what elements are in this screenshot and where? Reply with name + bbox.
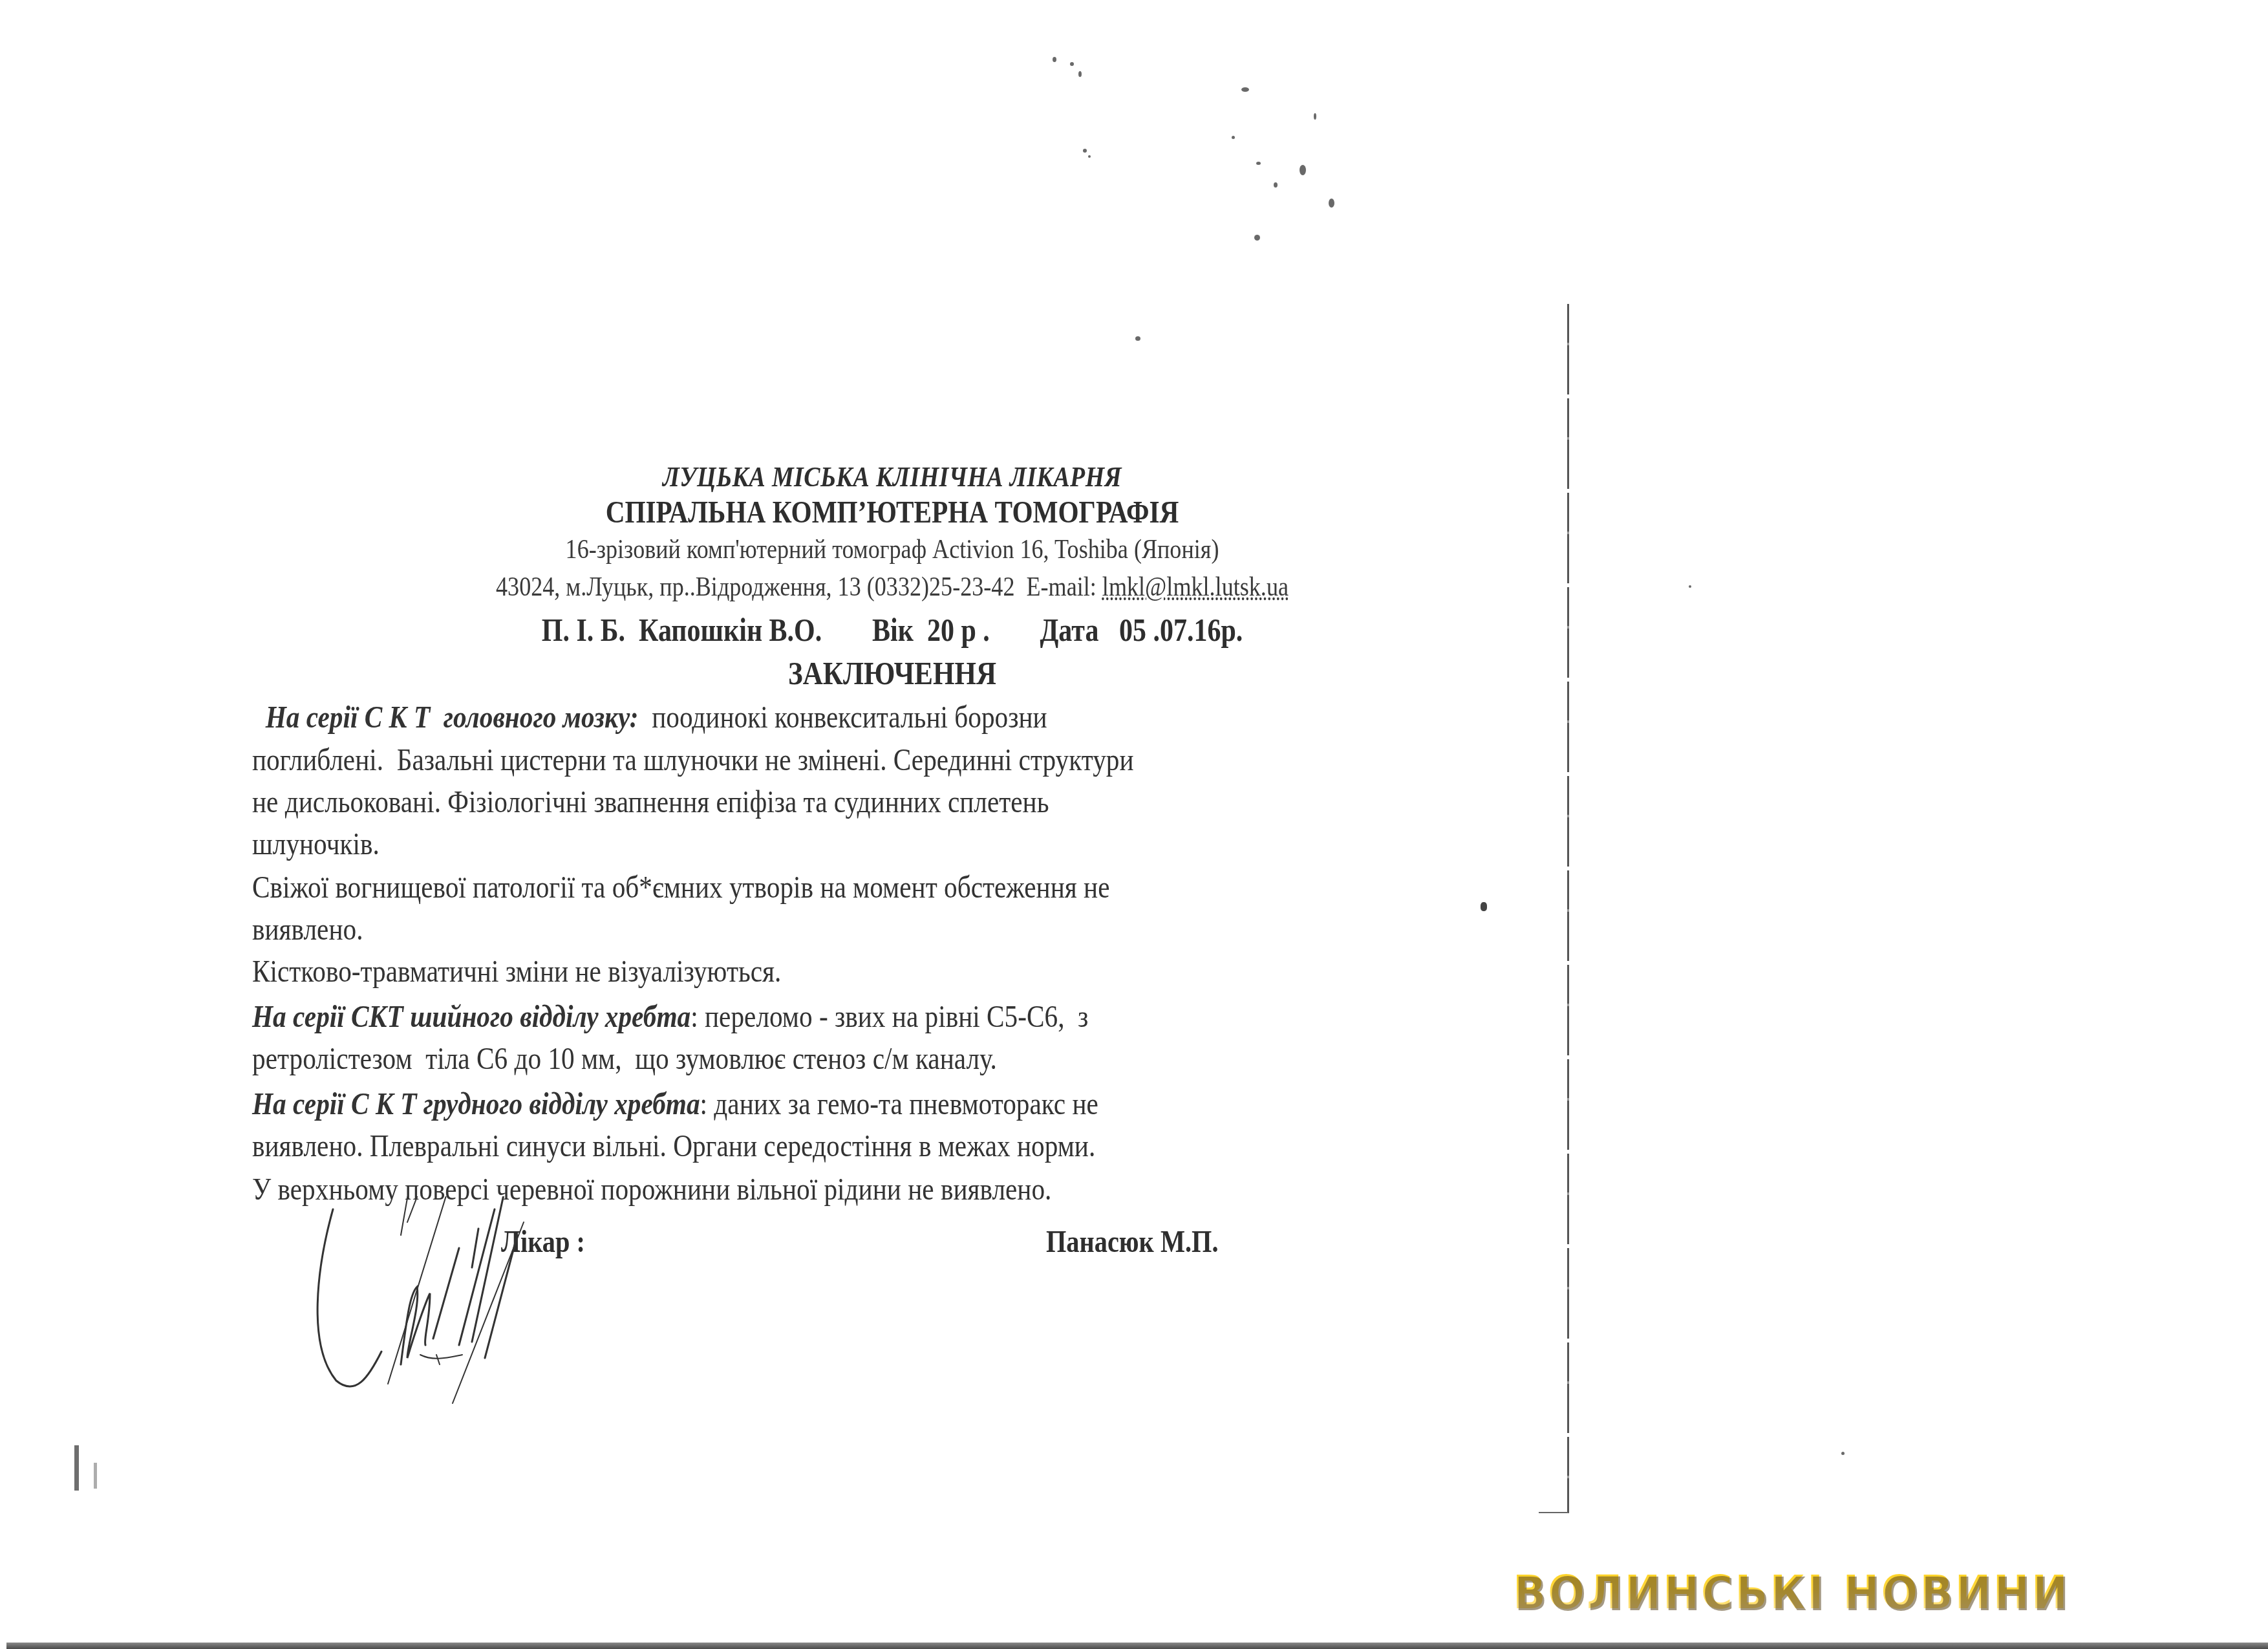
handwritten-signature — [310, 1196, 1022, 1416]
scan-speck — [1070, 62, 1074, 66]
scan-speck — [1078, 71, 1082, 77]
conclusion-line: На серії С К Т грудного відділу хребта: … — [252, 1086, 1098, 1122]
patient-name: П. І. Б. Капошкін В.О. — [542, 612, 822, 648]
conclusion-line: ретролістезом тіла С6 до 10 мм, що зумов… — [252, 1041, 997, 1077]
email-link[interactable]: lmkl@lmkl.lutsk.ua — [1102, 572, 1289, 602]
exam-date: Дата 05 .07.16р. — [1040, 612, 1243, 648]
line-text: не дисльоковані. Фізіологічні звапнення … — [252, 785, 1049, 819]
line-text: ретролістезом тіла С6 до 10 мм, що зумов… — [252, 1042, 997, 1076]
conclusion-line: виявлено. Плевральні синуси вільні. Орга… — [252, 1128, 1095, 1164]
doctor-name: Панасюк М.П. — [1046, 1224, 1219, 1260]
section-heading: На серії СКТ шийного відділу хребта — [252, 1000, 690, 1034]
scan-artifact — [74, 1445, 79, 1491]
scan-speck — [1241, 87, 1249, 92]
line-text: виявлено. — [252, 912, 363, 947]
line-text: поглиблені. Базальні цистерни та шлуночк… — [252, 743, 1134, 777]
conclusion-line: На серії С К Т головного мозку: поодинок… — [252, 700, 1047, 735]
scan-speck — [1083, 149, 1087, 153]
page-edge-line — [1567, 304, 1569, 1513]
page-edge-corner — [1539, 1512, 1568, 1513]
scan-speck — [1256, 162, 1261, 165]
scan-speck — [1053, 57, 1056, 62]
scan-speck — [1088, 155, 1091, 158]
conclusion-line: поглиблені. Базальні цистерни та шлуночк… — [252, 742, 1134, 778]
conclusion-line: Свіжої вогнищевої патології та об*ємних … — [252, 870, 1110, 905]
address: 43024, м.Луцьк, пр..Відродження, 13 (033… — [496, 572, 1014, 602]
scan-bottom-edge — [6, 1643, 2268, 1649]
scan-artifact — [94, 1463, 97, 1489]
scan-speck — [1254, 235, 1260, 241]
conclusion-line: виявлено. — [252, 912, 363, 947]
scan-speck — [1232, 136, 1235, 139]
section-heading: На серії С К Т головного мозку: — [252, 700, 639, 735]
conclusion-line: На серії СКТ шийного відділу хребта: пер… — [252, 999, 1088, 1035]
department-name: СПІРАЛЬНА КОМП’ЮТЕРНА ТОМОГРАФІЯ — [125, 495, 1660, 530]
scan-speck — [1314, 113, 1316, 120]
email-label: E-mail: — [1027, 572, 1097, 602]
patient-info: П. І. Б. Капошкін В.О. Вік 20 р . Дата 0… — [143, 611, 1642, 649]
patient-age: Вік 20 р . — [872, 612, 990, 648]
line-text: шлуночків. — [252, 827, 380, 861]
scan-speck — [1135, 336, 1140, 341]
scan-speck — [1329, 199, 1334, 208]
scan-speck — [1300, 165, 1306, 175]
hospital-name: ЛУЦЬКА МІСЬКА КЛІНІЧНА ЛІКАРНЯ — [125, 460, 1660, 493]
news-watermark-logo: ВОЛИНСЬКІ НОВИНИ — [1513, 1565, 2070, 1619]
conclusion-title: ЗАКЛЮЧЕННЯ — [125, 654, 1660, 692]
line-text: виявлено. Плевральні синуси вільні. Орга… — [252, 1129, 1095, 1163]
line-text: поодинокі конвекситальні борозни — [639, 700, 1047, 735]
line-text: : переломо - звих на рівні С5-С6, з — [690, 1000, 1088, 1034]
line-text: Свіжої вогнищевої патології та об*ємних … — [252, 870, 1110, 905]
line-text: : даних за гемо-та пневмоторакс не — [700, 1087, 1098, 1121]
equipment-line: 16-зрізовий комп'ютерний томограф Activi… — [143, 533, 1642, 565]
scan-artifact — [1481, 902, 1487, 911]
conclusion-line: Кістково-травматичні зміни не візуалізую… — [252, 954, 781, 989]
line-text: Кістково-травматичні зміни не візуалізую… — [252, 954, 781, 989]
scan-speck — [1689, 585, 1691, 588]
scan-speck — [1841, 1452, 1845, 1455]
section-heading: На серії С К Т грудного відділу хребта — [252, 1087, 700, 1121]
scan-speck — [1274, 182, 1278, 188]
address-line: 43024, м.Луцьк, пр..Відродження, 13 (033… — [143, 571, 1642, 603]
conclusion-line: шлуночків. — [252, 826, 380, 862]
conclusion-line: не дисльоковані. Фізіологічні звапнення … — [252, 784, 1049, 820]
